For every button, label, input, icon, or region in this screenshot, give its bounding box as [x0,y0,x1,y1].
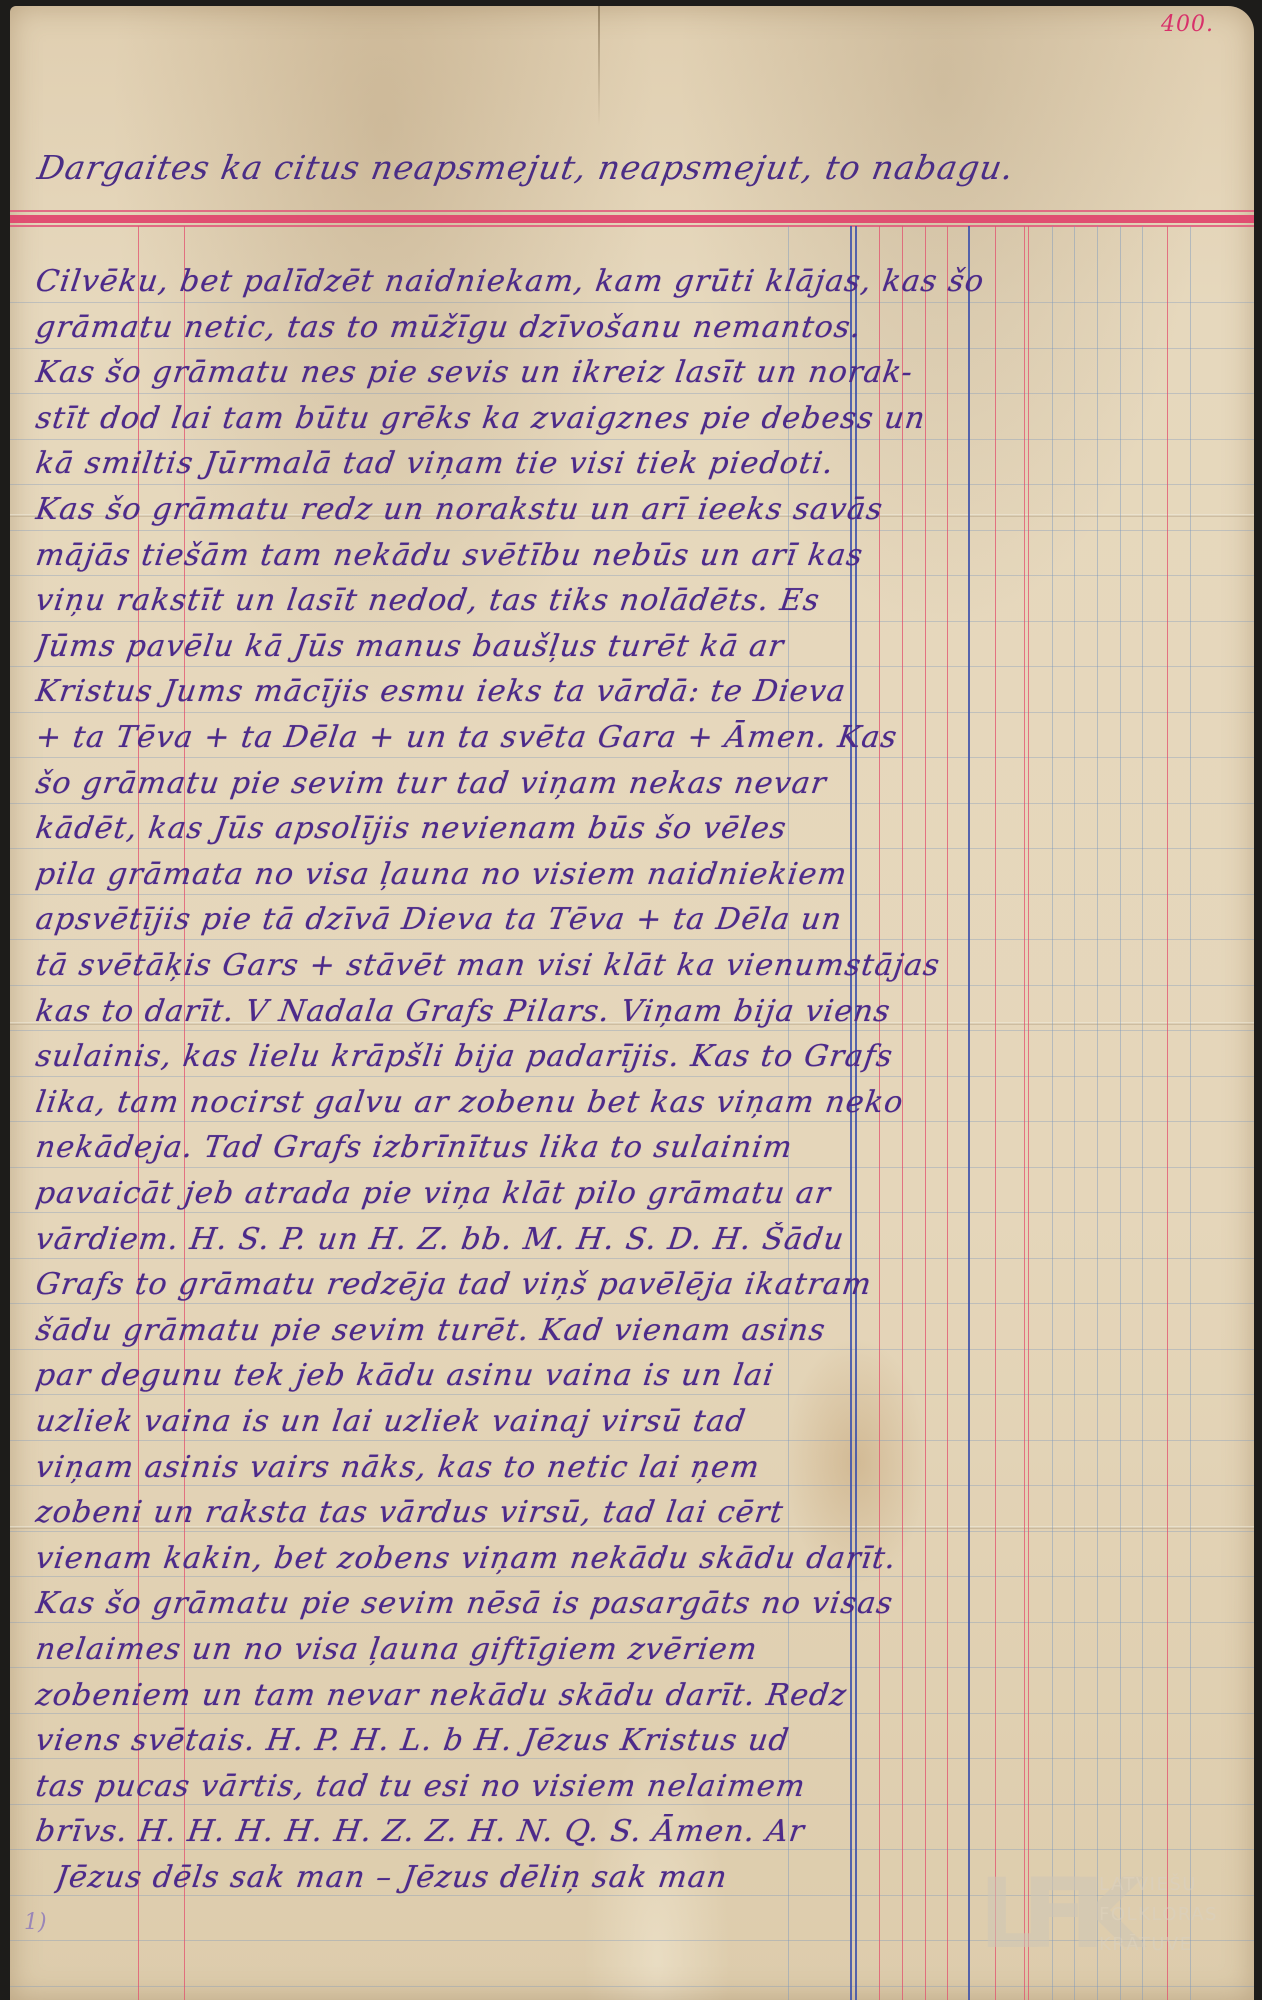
manuscript-line: nelaimes un no visa ļauna giftīgiem zvēr… [34,1632,1227,1667]
watermark-line: LATVIEŠU [1099,1870,1218,1900]
manuscript-line: kas to darīt. V Nadala Grafs Pilars. Viņ… [34,994,1227,1029]
header-rule-thin [10,225,1254,227]
ruled-line [10,1258,1254,1259]
ruled-line [10,803,1254,804]
manuscript-line: Cilvēku, bet palīdzēt naidniekam, kam gr… [34,264,1227,299]
manuscript-line: kādēt, kas Jūs apsolījis nevienam būs šo… [34,811,1227,846]
ruled-line [10,1167,1254,1168]
page-number: 400. [1161,12,1214,37]
manuscript-line: stīt dod lai tam būtu grēks ka zvaigznes… [34,401,1227,436]
manuscript-line: Jūms pavēlu kā Jūs manus baušļus turēt k… [34,629,1227,664]
ruled-line [10,939,1254,940]
manuscript-line: vārdiem. H. S. P. un H. Z. bb. M. H. S. … [34,1222,1227,1257]
ruled-line [10,757,1254,758]
manuscript-line: zobeniem un tam nevar nekādu skādu darīt… [34,1678,1227,1713]
manuscript-line: tas pucas vārtis, tad tu esi no visiem n… [34,1769,1227,1804]
manuscript-line: vienam kakin, bet zobens viņam nekādu sk… [34,1541,1227,1576]
manuscript-line: kā smiltis Jūrmalā tad viņam tie visi ti… [34,446,1227,481]
ruled-line [10,1121,1254,1122]
manuscript-line: Kristus Jums mācījis esmu ieks ta vārdā:… [34,674,1227,709]
ruled-line [10,1576,1254,1577]
watermark-line: KRĀTUVE [1099,1930,1218,1960]
ruled-line [10,1030,1254,1031]
ruled-line [10,575,1254,576]
ruled-line [10,1440,1254,1441]
ruled-line [10,1394,1254,1395]
ruled-line [10,621,1254,622]
ruled-line [10,1349,1254,1350]
ruled-line [10,1667,1254,1668]
manuscript-page: 400. Dargaites ka citus neapsmejut, neap… [10,6,1254,2000]
manuscript-line: + ta Tēva + ta Dēla + un ta svēta Gara +… [34,720,1227,755]
ruled-line [10,712,1254,713]
ruled-line [10,1212,1254,1213]
ruled-line [10,1758,1254,1759]
ruled-line [10,439,1254,440]
ruled-line [10,1485,1254,1486]
ruled-line [10,530,1254,531]
manuscript-line: Kas šo grāmatu nes pie sevis un ikreiz l… [34,355,1227,390]
watermark-text: LATVIEŠU FOLKLORAS KRĀTUVE [1099,1870,1218,1960]
ruled-line [10,484,1254,485]
manuscript-line: par degunu tek jeb kādu asinu vaina is u… [34,1358,1227,1393]
paper-fold-vertical [598,6,600,126]
manuscript-line: Kas šo grāmatu pie sevim nēsā is pasargā… [34,1586,1227,1621]
manuscript-line: pila grāmata no visa ļauna no visiem nai… [34,857,1227,892]
ruled-line [10,348,1254,349]
ruled-line [10,1986,1254,1987]
ruled-line [10,1076,1254,1077]
manuscript-line: viens svētais. H. P. H. L. b H. Jēzus Kr… [34,1723,1227,1758]
document-title: Dargaites ka citus neapsmejut, neapsmeju… [35,148,1018,187]
manuscript-line: mājās tiešām tam nekādu svētību nebūs un… [34,538,1227,573]
archive-watermark: LFK LATVIEŠU FOLKLORAS KRĀTUVE [979,1854,1234,1974]
ruled-line [10,894,1254,895]
manuscript-line: Grafs to grāmatu redzēja tad viņš pavēlē… [34,1267,1227,1302]
ruled-line [10,1531,1254,1532]
ruled-line [10,302,1254,303]
manuscript-line: sulainis, kas lielu krāpšli bija padarīj… [34,1039,1227,1074]
manuscript-line: viņu rakstīt un lasīt nedod, tas tiks no… [34,583,1227,618]
ruled-line [10,1804,1254,1805]
manuscript-line: pavaicāt jeb atrada pie viņa klāt pilo g… [34,1176,1227,1211]
manuscript-line: grāmatu netic, tas to mūžīgu dzīvošanu n… [34,310,1227,345]
manuscript-line: tā svētāķis Gars + stāvēt man visi klāt … [34,948,1227,983]
ruled-line [10,985,1254,986]
footnote-marker: 1) [24,1910,47,1935]
manuscript-line: nekādeja. Tad Grafs izbrīnītus lika to s… [34,1130,1227,1165]
manuscript-line: šādu grāmatu pie sevim turēt. Kad vienam… [34,1313,1227,1348]
header-rule-thin [10,210,1254,212]
ruled-line [10,1303,1254,1304]
ruled-line [10,666,1254,667]
manuscript-line: Kas šo grāmatu redz un norakstu un arī i… [34,492,1227,527]
ruled-line [10,1713,1254,1714]
manuscript-line: zobeni un raksta tas vārdus virsū, tad l… [34,1495,1227,1530]
manuscript-line: brīvs. H. H. H. H. H. Z. Z. H. N. Q. S. … [34,1814,1227,1849]
watermark-line: FOLKLORAS [1099,1900,1218,1930]
header-rule-thick [10,215,1254,223]
manuscript-line: viņam asinis vairs nāks, kas to netic la… [34,1450,1227,1485]
ruled-line [10,1622,1254,1623]
ruled-line [10,1849,1254,1850]
manuscript-line: apsvētījis pie tā dzīvā Dieva ta Tēva + … [34,902,1227,937]
ruled-line [10,848,1254,849]
manuscript-line: uzliek vaina is un lai uzliek vainaj vir… [34,1404,1227,1439]
manuscript-line: lika, tam nocirst galvu ar zobenu bet ka… [34,1085,1227,1120]
lfk-logo-icon: LFK [979,1854,1089,1974]
ruled-line [10,393,1254,394]
manuscript-line: šo grāmatu pie sevim tur tad viņam nekas… [34,766,1227,801]
